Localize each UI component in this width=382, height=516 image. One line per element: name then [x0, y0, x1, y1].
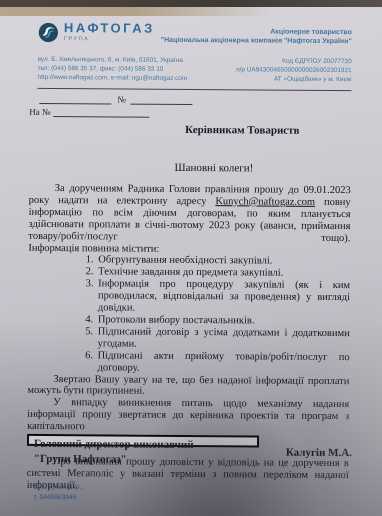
company-name-block: Акціонерне товариство "Національна акціо… — [161, 27, 352, 46]
letterhead-divider — [37, 88, 351, 91]
iban-number: п/р UA943004650000000026002301921 — [236, 65, 351, 75]
brand-text: НАФТОГАЗ ГРУПА — [64, 21, 155, 43]
requirements-list: Обгрунтування необхідності закупівлі.Тех… — [27, 254, 350, 375]
naftogaz-logo-icon — [38, 21, 59, 43]
brand-block: НАФТОГАЗ ГРУПА — [38, 21, 155, 44]
table-surface — [0, 7, 382, 16]
signer-title-line2: "Групи Нафтогаз" — [34, 451, 194, 467]
reply-number-line: На № — [29, 106, 351, 119]
bank-codes-block: Код ЄДРПОУ 20077720 п/р UA94300465000000… — [236, 56, 352, 84]
requirement-item: Інформація про процедуру закупівлі (як і… — [96, 279, 350, 316]
outgoing-number-line: № — [39, 93, 351, 106]
signer-name: Калугін М.А. — [286, 447, 352, 459]
paragraph-contact: У випадку виникнення питань щодо механіз… — [27, 397, 349, 435]
requirement-item: Підписані акти прийому товарів/робіт/пос… — [95, 350, 349, 376]
address-line3: http://www.naftogaz.com, e-mail: ngu@naf… — [38, 73, 188, 83]
date-blank-line — [39, 94, 111, 105]
table-edge — [0, 0, 382, 7]
executor-name: Вик. Кунич В.О., — [34, 483, 83, 493]
bank-name: АТ «Ощадбанк» у м. Києві — [236, 74, 351, 84]
company-line2: "Національна акціонерна компанія "Нафтог… — [161, 36, 352, 46]
salutation: Шановні колеги! — [77, 161, 351, 175]
recipient-line: Керівникам Товариств — [185, 124, 351, 137]
brand-subtitle: ГРУПА — [64, 36, 155, 43]
number-blank-line — [130, 95, 192, 105]
paragraph-request: За дорученням Радника Голови правління п… — [28, 183, 350, 245]
signer-title-line1: Головний директор виконавчий — [34, 437, 194, 453]
signer-title: Головний директор виконавчий "Групи Нафт… — [34, 437, 194, 467]
paragraph-warning: Звертаю Вашу увагу на те, що без наданої… — [27, 373, 349, 399]
address-row: вул. Б. Хмельницького, 6, м. Київ, 01601… — [38, 55, 352, 84]
reply-blank-line — [54, 107, 150, 118]
brand-name: НАФТОГАЗ — [64, 21, 155, 35]
address-block: вул. Б. Хмельницького, 6, м. Київ, 01601… — [38, 55, 188, 83]
number-sign-label: № — [117, 94, 126, 104]
letter-paper: НАФТОГАЗ ГРУПА Акціонерне товариство "На… — [0, 13, 382, 516]
email-link: Kunych@naftogaz.com — [215, 196, 315, 208]
signature-block: Головний директор виконавчий "Групи Нафт… — [34, 437, 352, 468]
executor-phone: т. 0445863946 — [34, 492, 83, 502]
executor-footer: Вик. Кунич В.О., т. 0445863946 — [34, 483, 84, 502]
document-photo: НАФТОГАЗ ГРУПА Акціонерне товариство "На… — [0, 0, 382, 516]
letterhead: НАФТОГАЗ ГРУПА Акціонерне товариство "На… — [38, 21, 352, 46]
na-number-label: На № — [29, 107, 50, 117]
requirement-item: Підписаний договір з усіма додатками і д… — [96, 326, 350, 352]
